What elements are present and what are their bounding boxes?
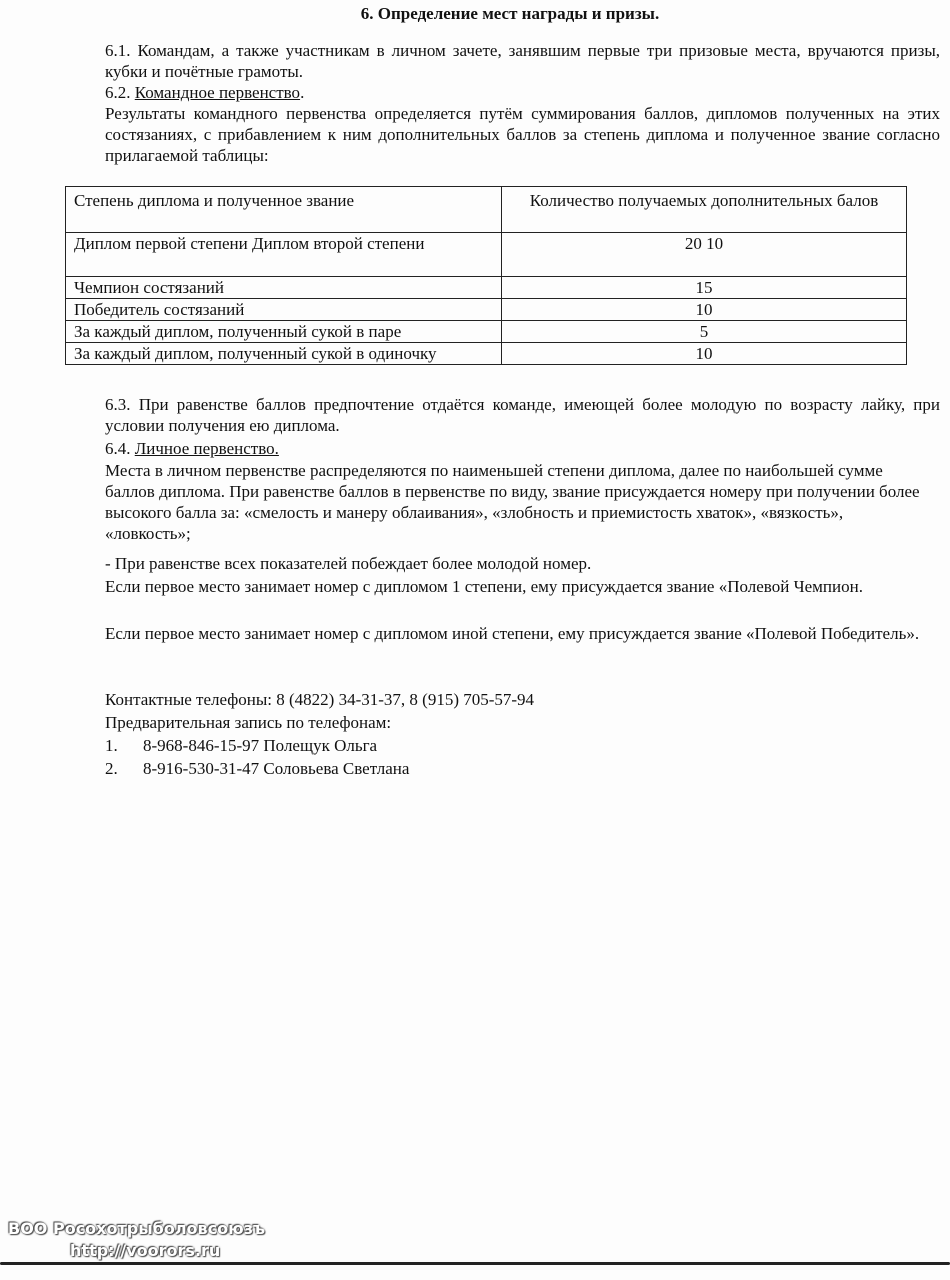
bonus-points-table: Степень диплома и полученное звание Коли… [65, 186, 907, 365]
watermark-org: ВОО Росохотрыболовсоюзъ [8, 1218, 265, 1240]
table-row: Победитель состязаний 10 [66, 299, 907, 321]
list-text: 8-968-846-15-97 Полещук Ольга [143, 736, 377, 755]
heading-6-2: 6.2. Командное первенство. [105, 82, 940, 103]
paragraph-6-4-winner: Если первое место занимает номер с дипло… [105, 623, 940, 644]
heading-6-2-title: Командное первенство [135, 83, 300, 102]
table-row: За каждый диплом, полученный сукой в оди… [66, 343, 907, 365]
table-cell: За каждый диплом, полученный сукой в оди… [66, 343, 502, 365]
table-cell: 15 [502, 277, 907, 299]
contact-list-item: 1.8-968-846-15-97 Полещук Ольга [105, 735, 940, 756]
table-header: Количество получаемых дополнительных бал… [502, 187, 907, 233]
table-cell: За каждый диплом, полученный сукой в пар… [66, 321, 502, 343]
pre-registration-label: Предварительная запись по телефонам: [105, 712, 940, 733]
table-cell: 10 [502, 299, 907, 321]
table-row: Диплом первой степени Диплом второй степ… [66, 233, 907, 277]
list-number: 2. [105, 758, 143, 779]
page-bottom-rule [0, 1262, 950, 1265]
paragraph-6-4-champion: Если первое место занимает номер с дипло… [105, 576, 940, 597]
paragraph-6-2: Результаты командного первенства определ… [105, 103, 940, 166]
table-header-row: Степень диплома и полученное звание Коли… [66, 187, 907, 233]
heading-6-2-tail: . [300, 83, 304, 102]
list-text: 8-916-530-31-47 Соловьева Светлана [143, 759, 409, 778]
heading-6-4-number: 6.4. [105, 439, 135, 458]
contact-list-item: 2.8-916-530-31-47 Соловьева Светлана [105, 758, 940, 779]
paragraph-6-4-tiebreak: - При равенстве всех показателей побежда… [105, 553, 940, 574]
heading-6-4-title: Личное первенство. [135, 439, 279, 458]
paragraph-6-1: 6.1. Командам, а также участникам в личн… [105, 40, 940, 82]
list-number: 1. [105, 735, 143, 756]
table-cell: Диплом первой степени Диплом второй степ… [66, 233, 502, 277]
table-cell: 5 [502, 321, 907, 343]
watermark-url: http://voorors.ru [8, 1240, 265, 1262]
table-cell: Победитель состязаний [66, 299, 502, 321]
table-cell: 20 10 [502, 233, 907, 277]
table-row: За каждый диплом, полученный сукой в пар… [66, 321, 907, 343]
contact-phones: Контактные телефоны: 8 (4822) 34-31-37, … [105, 689, 940, 710]
paragraph-6-4-rules: Места в личном первенстве распределяются… [105, 460, 925, 544]
table-cell: 10 [502, 343, 907, 365]
table-header: Степень диплома и полученное звание [66, 187, 502, 233]
heading-6-2-number: 6.2. [105, 83, 135, 102]
heading-6-4: 6.4. Личное первенство. [105, 438, 940, 459]
table-cell: Чемпион состязаний [66, 277, 502, 299]
paragraph-6-3: 6.3. При равенстве баллов предпочтение о… [105, 394, 940, 436]
section-title: 6. Определение мест награды и призы. [0, 4, 950, 24]
watermark: ВОО Росохотрыболовсоюзъ http://voorors.r… [8, 1218, 265, 1262]
table-row: Чемпион состязаний 15 [66, 277, 907, 299]
